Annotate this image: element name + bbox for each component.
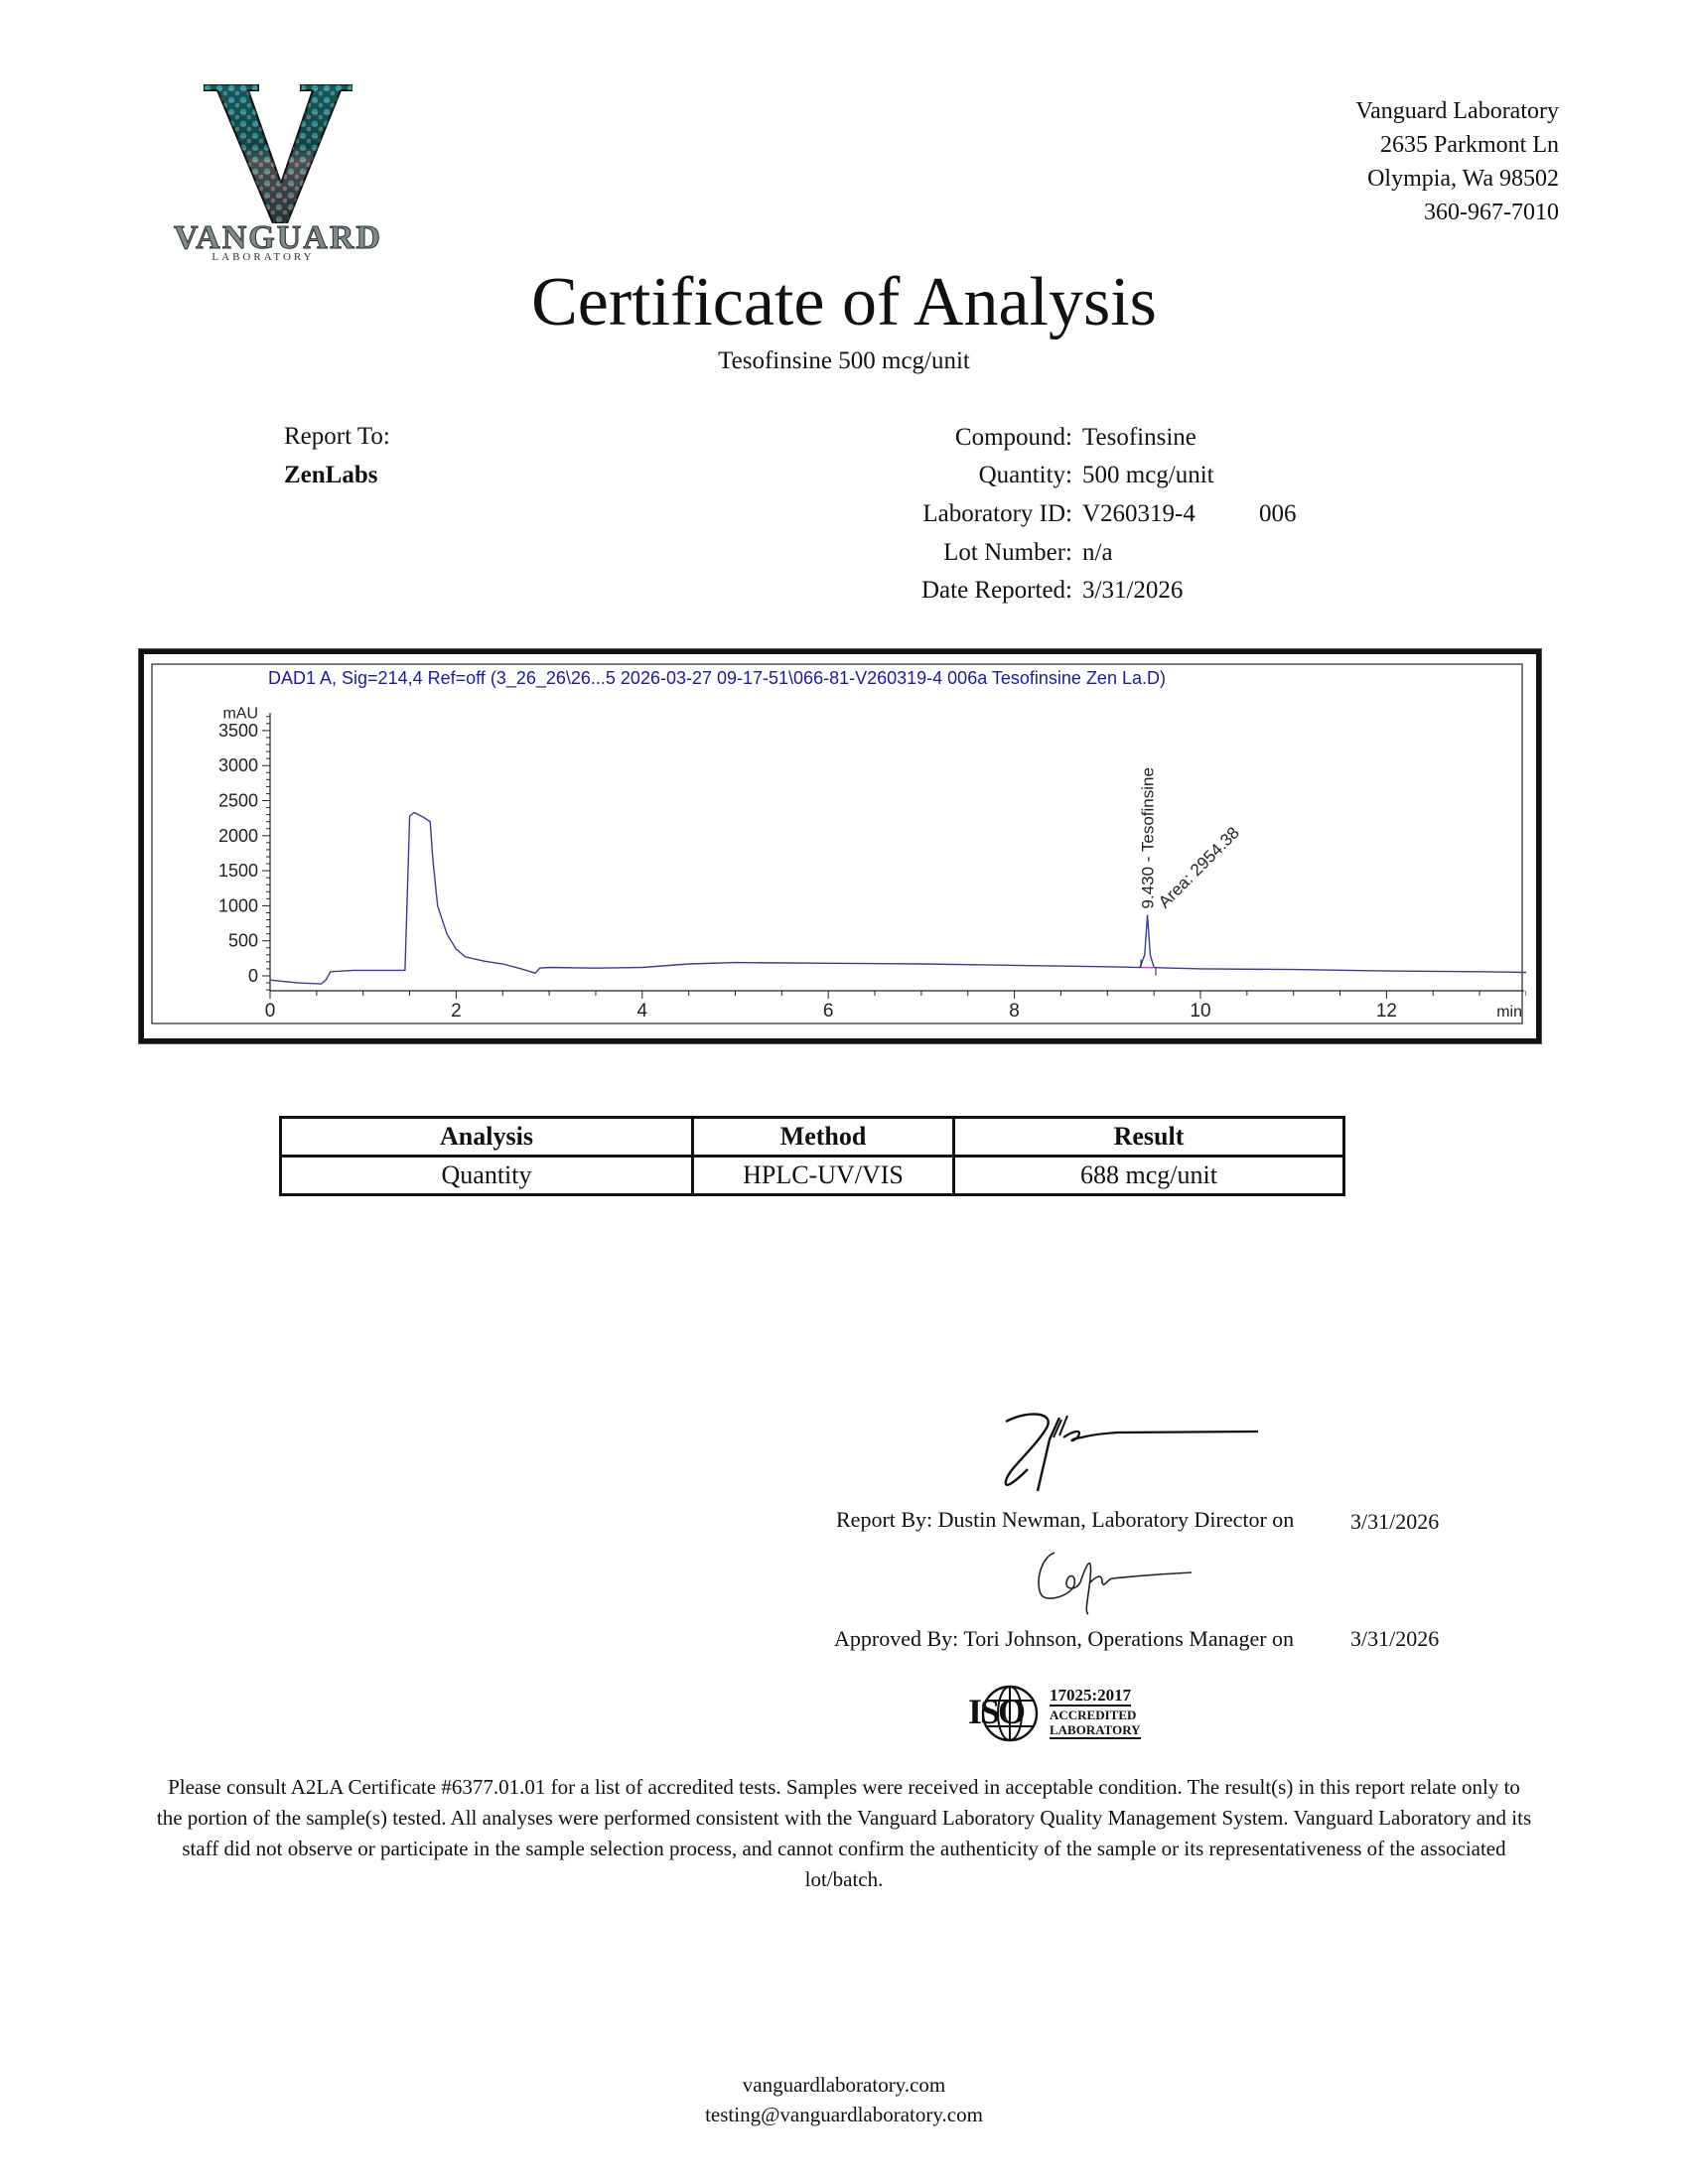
vanguard-logo: VANGUARD LABORATORY	[164, 84, 392, 263]
info-label: Laboratory ID:	[922, 499, 1072, 529]
svg-text:6: 6	[823, 1001, 834, 1022]
svg-text:0: 0	[248, 966, 258, 986]
lab-address: Vanguard Laboratory 2635 Parkmont Ln Oly…	[1355, 94, 1559, 229]
info-value: 500 mcg/unit	[1082, 461, 1214, 490]
report-by-date: 3/31/2026	[1350, 1509, 1439, 1535]
chromatogram-chart: DAD1 A, Sig=214,4 Ref=off (3_26_26\26...…	[144, 654, 1526, 1028]
svg-text:500: 500	[228, 931, 258, 951]
iso-accreditation-badge: ISO 17025:2017 ACCREDITED LABORATORY	[968, 1683, 1167, 1742]
svg-text:3500: 3500	[218, 721, 258, 741]
svg-text:Area: 2954.38: Area: 2954.38	[1155, 823, 1243, 911]
disclaimer-text: Please consult A2LA Certificate #6377.01…	[154, 1772, 1534, 1895]
report-by-text: Report By: Dustin Newman, Laboratory Dir…	[836, 1507, 1294, 1533]
info-extra: 006	[1259, 499, 1297, 529]
svg-text:8: 8	[1009, 1001, 1020, 1022]
info-label: Lot Number:	[943, 538, 1072, 568]
svg-text:mAU: mAU	[222, 705, 258, 722]
address-line: Olympia, Wa 98502	[1355, 162, 1559, 196]
chromatogram-trace	[270, 813, 1526, 985]
chart-title: DAD1 A, Sig=214,4 Ref=off (3_26_26\26...…	[268, 668, 1166, 689]
footer-email-link[interactable]: testing@vanguardlaboratory.com	[0, 2103, 1688, 2127]
info-value: V260319-4	[1082, 499, 1196, 529]
svg-text:min: min	[1496, 1004, 1522, 1021]
approved-by-date: 3/31/2026	[1350, 1626, 1439, 1652]
table-header-row: Analysis Method Result	[281, 1118, 1344, 1157]
logo-v-icon	[204, 84, 352, 223]
column-header-method: Method	[693, 1118, 954, 1157]
logo-subtitle: LABORATORY	[164, 251, 362, 263]
report-to-label: Report To:	[284, 423, 390, 451]
iso-standard: 17025:2017	[1050, 1687, 1131, 1706]
address-line: Vanguard Laboratory	[1355, 94, 1559, 128]
svg-text:2: 2	[451, 1001, 462, 1022]
svg-text:10: 10	[1190, 1001, 1210, 1022]
manager-signature-icon	[1033, 1539, 1211, 1618]
cell-result: 688 mcg/unit	[954, 1157, 1344, 1195]
cell-method: HPLC-UV/VIS	[693, 1157, 954, 1195]
report-to-value: ZenLabs	[284, 462, 377, 489]
svg-text:2500: 2500	[218, 791, 258, 811]
table-row: Quantity HPLC-UV/VIS 688 mcg/unit	[281, 1157, 1344, 1195]
info-label: Quantity:	[979, 461, 1072, 490]
svg-text:1000: 1000	[218, 895, 258, 915]
svg-text:3000: 3000	[218, 755, 258, 775]
logo-wordmark: VANGUARD	[164, 221, 392, 255]
footer-website-link[interactable]: vanguardlaboratory.com	[0, 2073, 1688, 2098]
svg-text:9.430 - Tesofinsine: 9.430 - Tesofinsine	[1139, 767, 1158, 908]
document-title: Certificate of Analysis	[0, 263, 1688, 342]
address-line: 2635 Parkmont Ln	[1355, 128, 1559, 162]
document-subtitle: Tesofinsine 500 mcg/unit	[0, 347, 1688, 375]
cell-analysis: Quantity	[281, 1157, 693, 1195]
director-signature-icon	[998, 1400, 1276, 1499]
info-value: Tesofinsine	[1082, 423, 1196, 453]
svg-text:0: 0	[265, 1001, 276, 1022]
column-header-analysis: Analysis	[281, 1118, 693, 1157]
svg-text:1500: 1500	[218, 861, 258, 881]
iso-laboratory-label: LABORATORY	[1050, 1723, 1141, 1739]
info-value: n/a	[1082, 538, 1113, 568]
iso-accredited-label: ACCREDITED	[1050, 1708, 1136, 1722]
info-value: 3/31/2026	[1082, 576, 1183, 606]
svg-text:12: 12	[1376, 1001, 1397, 1022]
results-table: Analysis Method Result Quantity HPLC-UV/…	[279, 1116, 1345, 1196]
svg-text:2000: 2000	[218, 826, 258, 846]
phone-number: 360-967-7010	[1355, 196, 1559, 229]
svg-text:4: 4	[637, 1001, 648, 1022]
approved-by-text: Approved By: Tori Johnson, Operations Ma…	[834, 1626, 1294, 1652]
info-label: Date Reported:	[921, 576, 1072, 606]
column-header-result: Result	[954, 1118, 1344, 1157]
iso-mark: ISO	[968, 1691, 1024, 1732]
info-label: Compound:	[955, 423, 1072, 453]
